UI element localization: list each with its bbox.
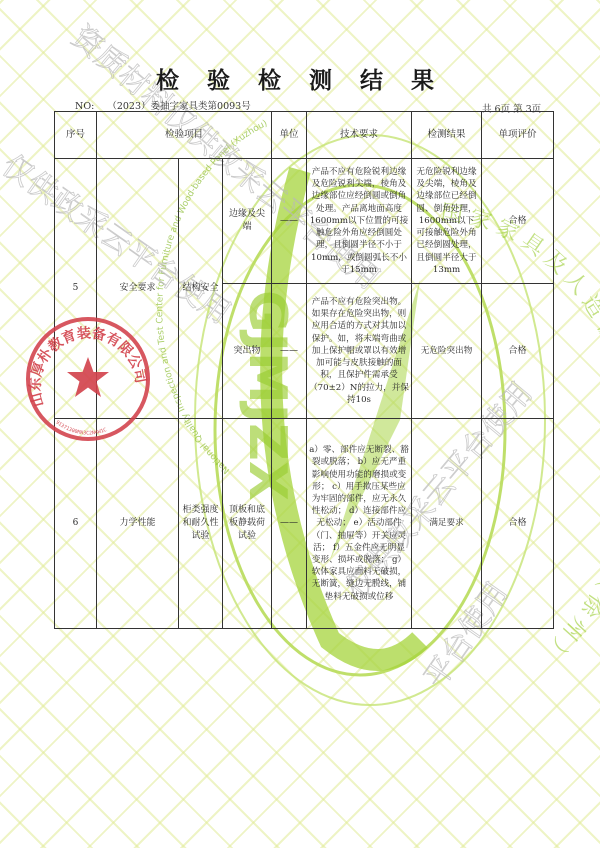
report-number: NO: （2023）委抽字家具类第0093号: [75, 98, 251, 112]
row-result: 满足要求: [412, 419, 482, 629]
header-requirement: 技术要求: [307, 112, 412, 159]
header-index: 序号: [55, 112, 97, 159]
row-unit: ——: [272, 419, 307, 629]
row-evaluation: 合格: [482, 159, 554, 284]
row-item-name: 边缘及尖端: [223, 159, 272, 284]
row-category: 力学性能: [97, 419, 179, 629]
seal-star-icon: [67, 357, 109, 397]
header-unit: 单位: [272, 112, 307, 159]
company-seal: 山东厚朴教育装备有限公司 91371300MA3C2N4W1C: [22, 313, 154, 445]
row-subcategory: 结构安全: [179, 159, 223, 419]
table-row: 6 力学性能 柜类强度和耐久性试验 顶板和底板静载荷试验 —— a）零、部件应无…: [55, 419, 554, 629]
row-subcategory: 柜类强度和耐久性试验: [179, 419, 223, 629]
row-result: 无危险锐利边缘及尖端，棱角及边缘部位已经倒圆、倒角处理，1600mm以下可接触危…: [412, 159, 482, 284]
header-evaluation: 单项评价: [482, 112, 554, 159]
row-requirement: a）零、部件应无断裂、豁裂或脱落； b）应无严重影响使用功能的磨损或变形； c）…: [307, 419, 412, 629]
table-row: 5 安全要求 结构安全 边缘及尖端 —— 产品不应有危险锐利边缘及危险锐利尖端，…: [55, 159, 554, 284]
row-item-name: 突出物: [223, 284, 272, 419]
row-requirement: 产品不应有危险突出物。如果存在危险突出物，则应用合适的方式对其加以保护。如，将末…: [307, 284, 412, 419]
row-evaluation: 合格: [482, 419, 554, 629]
row-result: 无危险突出物: [412, 284, 482, 419]
row-evaluation: 合格: [482, 284, 554, 419]
document-title: 检 验 检 测 结 果: [0, 62, 600, 95]
row-unit: ——: [272, 159, 307, 284]
row-item-name: 顶板和底板静载荷试验: [223, 419, 272, 629]
table-header-row: 序号 检验项目 单位 技术要求 检测结果 单项评价: [55, 112, 554, 159]
row-unit: ——: [272, 284, 307, 419]
row-index: 6: [55, 419, 97, 629]
row-requirement: 产品不应有危险锐利边缘及危险锐利尖端，棱角及边缘部位应经倒圆或倒角处理。产品离地…: [307, 159, 412, 284]
header-item: 检验项目: [97, 112, 272, 159]
header-result: 检测结果: [412, 112, 482, 159]
